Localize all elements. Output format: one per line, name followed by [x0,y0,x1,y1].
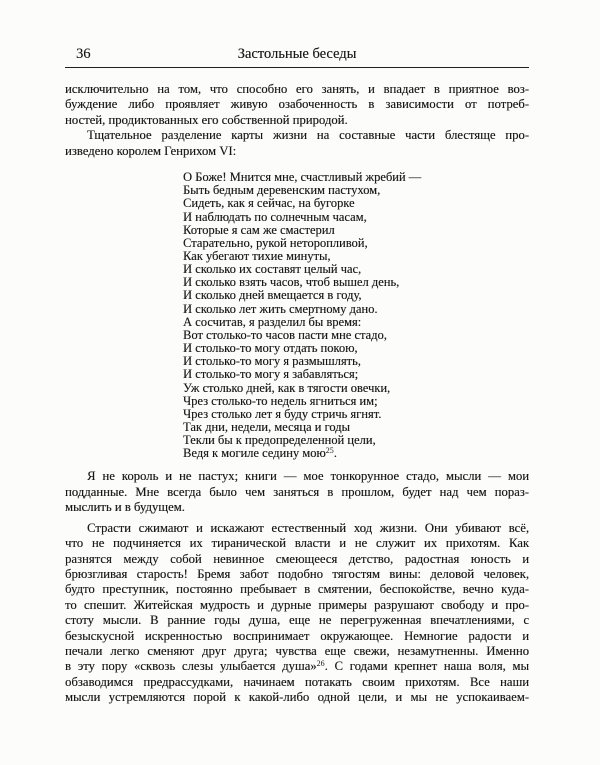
text-line: буждение либо проявляет живую озабоченно… [65,97,529,112]
text-line: брюзгливая старость! Бремя забот подобно… [65,567,529,582]
book-page: 36 Застольные беседы исключительно на то… [0,0,600,765]
verse-line: И сколько лет жить смертному дано. [183,303,529,316]
page-header: 36 Застольные беседы [65,46,529,67]
text-line: разнятся между собой невинное смеющееся … [65,552,529,567]
text-line: обзаводимся предрассудками, начинаем пот… [65,675,529,690]
verse-line: И сколько дней вмещается в году, [183,289,529,302]
text-line: подданные. Мне всегда было чем заняться … [65,485,529,500]
verse-line: И столько-то могу я забавляться; [183,368,529,381]
footnote-ref: 25 [326,446,334,455]
text-line: мысли устремляются порой к какой-либо од… [65,690,529,705]
verse-line: Чрез столько-то недель ягниться им; [183,395,529,408]
verse-line: Которые я сам же смастерил [183,224,529,237]
text-line: безыскусной искренностью воспринимает ок… [65,629,529,644]
text-line: Тщательное разделение карты жизни на сос… [65,128,529,143]
text-line: Страсти сжимают и искажают естественный … [65,521,529,536]
text-line: будто преступник, постоянно пребывает в … [65,582,529,597]
verse-line: И наблюдать по солнечным часам, [183,211,529,224]
text-line: то спешит. Житейская мудрость и дурные п… [65,598,529,613]
verse-line: Ведя к могиле седину мою25. [183,447,529,460]
verse-line: Уж столько дней, как в тягости овечки, [183,382,529,395]
text-line: ностей, продиктованных его собственной п… [65,113,529,128]
text-line: Я не король и не пастух; книги — мое тон… [65,469,529,484]
text-line: исключительно на том, что способно его з… [65,82,529,97]
text-line: стоту мысли. В ранние годы душа, еще не … [65,613,529,628]
paragraph: исключительно на том, что способно его з… [65,82,529,128]
paragraph: Тщательное разделение карты жизни на сос… [65,128,529,159]
running-title: Застольные беседы [238,46,357,62]
footnote-ref: 26 [317,659,325,668]
header-rule [65,67,529,68]
paragraph: Я не король и не пастух; книги — мое тон… [65,469,529,515]
text-line: печали легко сменяют друг друга; чувства… [65,644,529,659]
page-number: 36 [76,46,91,63]
text-line: что не подчиняется их тиранической власт… [65,536,529,551]
text-line: в эту пору «сквозь слезы улыбается душа»… [65,659,529,674]
text-line: мыслить и в будущем. [65,500,529,515]
text-line: изведено королем Генрихом VI: [65,144,529,159]
verse-line: А сосчитав, я разделил бы время: [183,316,529,329]
verse-block: О Боже! Мнится мне, счастливый жребий —Б… [183,171,529,460]
page-body: исключительно на том, что способно его з… [65,82,529,706]
paragraph: Страсти сжимают и искажают естественный … [65,521,529,706]
verse-line: Старательно, рукой неторопливой, [183,237,529,250]
verse-line: Сидеть, как я сейчас, на бугорке [183,197,529,210]
